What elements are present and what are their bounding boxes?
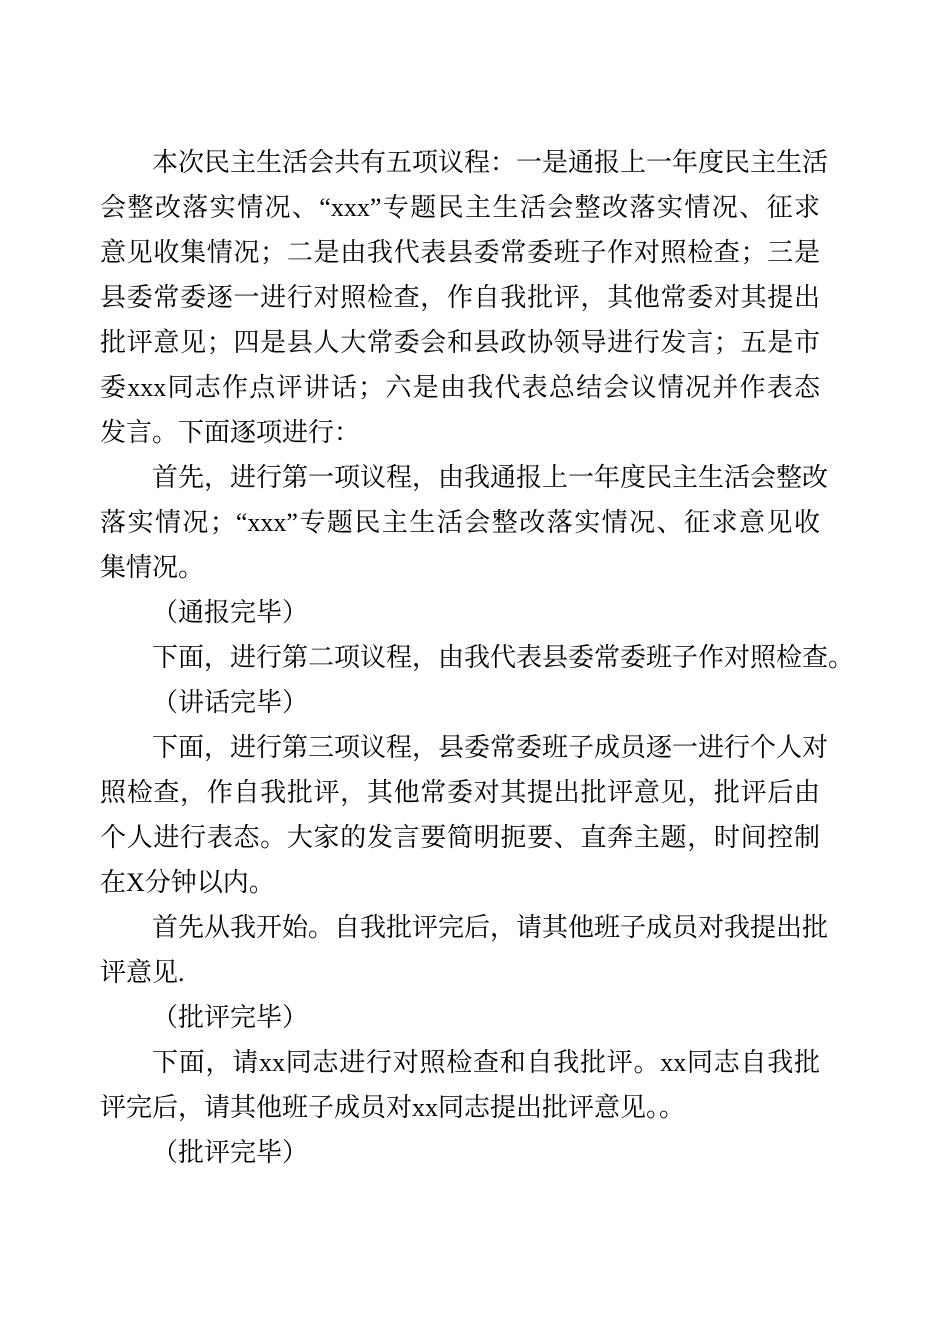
text-line: 评完后，请其他班子成员对xx同志提出批评意见。。 [100, 1085, 820, 1130]
text-line: 下面，请xx同志进行对照检查和自我批评。xx同志自我批 [100, 1040, 820, 1085]
text-line: 首先从我开始。自我批评完后，请其他班子成员对我提出批 [100, 905, 820, 950]
text-line: 在X分钟以内。 [100, 860, 820, 905]
text-line: 会整改落实情况、“xxx”专题民主生活会整改落实情况、征求 [100, 185, 820, 230]
text-line: 首先，进行第一项议程，由我通报上一年度民主生活会整改 [100, 455, 820, 500]
text-line: 委xxx同志作点评讲话；六是由我代表总结会议情况并作表态 [100, 365, 820, 410]
text-line: 下面，进行第二项议程，由我代表县委常委班子作对照检查。 [100, 635, 820, 680]
text-line: 下面，进行第三项议程，县委常委班子成员逐一进行个人对 [100, 725, 820, 770]
text-line: （讲话完毕） [100, 680, 820, 725]
text-line: （批评完毕） [100, 995, 820, 1040]
text-line: （通报完毕） [100, 590, 820, 635]
text-line: （批评完毕） [100, 1130, 820, 1175]
text-line: 意见收集情况；二是由我代表县委常委班子作对照检查；三是 [100, 230, 820, 275]
document-content: 本次民主生活会共有五项议程：一是通报上一年度民主生活会整改落实情况、“xxx”专… [100, 140, 820, 1175]
text-line: 落实情况；“xxx”专题民主生活会整改落实情况、征求意见收 [100, 500, 820, 545]
text-line: 照检查，作自我批评，其他常委对其提出批评意见，批评后由 [100, 770, 820, 815]
text-line: 批评意见；四是县人大常委会和县政协领导进行发言；五是市 [100, 320, 820, 365]
document-page: 本次民主生活会共有五项议程：一是通报上一年度民主生活会整改落实情况、“xxx”专… [0, 0, 950, 1344]
text-line: 发言。下面逐项进行： [100, 410, 820, 455]
text-line: 本次民主生活会共有五项议程：一是通报上一年度民主生活 [100, 140, 820, 185]
text-line: 评意见. [100, 950, 820, 995]
text-line: 集情况。 [100, 545, 820, 590]
text-line: 县委常委逐一进行对照检查，作自我批评，其他常委对其提出 [100, 275, 820, 320]
text-line: 个人进行表态。大家的发言要简明扼要、直奔主题，时间控制 [100, 815, 820, 860]
